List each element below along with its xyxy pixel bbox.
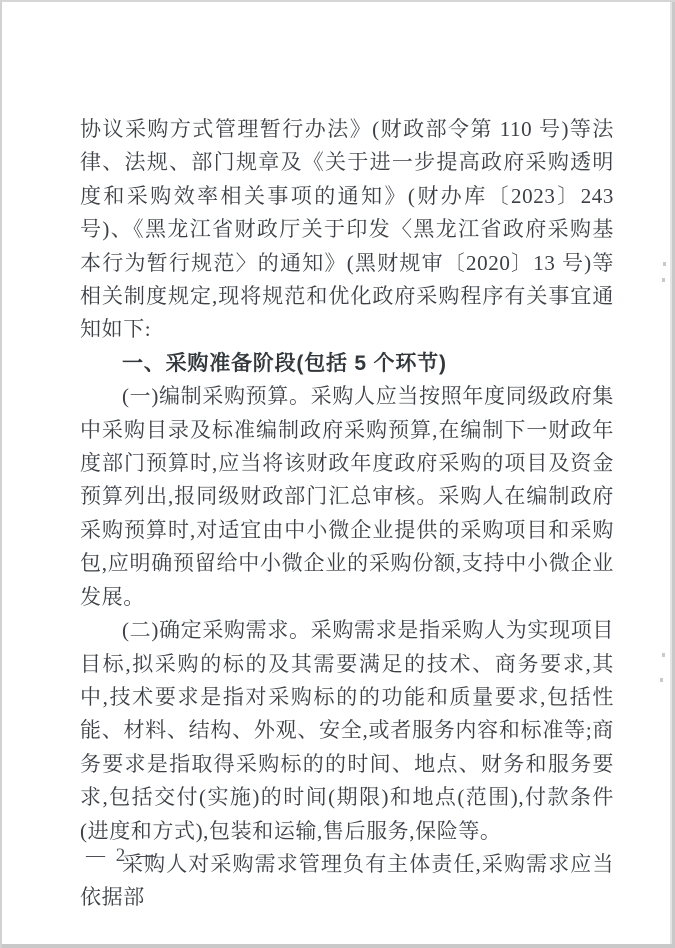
scan-speck (662, 278, 665, 282)
scan-speck (662, 653, 665, 657)
section-heading-procurement-preparation: 一、采购准备阶段(包括 5 个环节) (80, 347, 614, 380)
scan-speck (663, 262, 666, 266)
scan-edge-bottom (2, 944, 675, 948)
paragraph-responsibility-cutoff: 采购人对采购需求管理负有主体责任,采购需求应当依据部 (80, 848, 614, 915)
page-number: — 2 — (86, 845, 158, 867)
document-body: 协议采购方式管理暂行办法》(财政部令第 110 号)等法律、法规、部门规章及《关… (80, 113, 614, 915)
paragraph-item-1-budget: (一)编制采购预算。采购人应当按照年度同级政府集中采购目录及标准编制政府采购预算… (80, 380, 614, 614)
paragraph-continuation: 协议采购方式管理暂行办法》(财政部令第 110 号)等法律、法规、部门规章及《关… (80, 113, 614, 347)
scanned-document-page: 协议采购方式管理暂行办法》(财政部令第 110 号)等法律、法规、部门规章及《关… (0, 0, 675, 948)
paragraph-item-2-requirements: (二)确定采购需求。采购需求是指采购人为实现项目目标,拟采购的标的及其需要满足的… (80, 614, 614, 848)
scan-speck (660, 678, 663, 682)
